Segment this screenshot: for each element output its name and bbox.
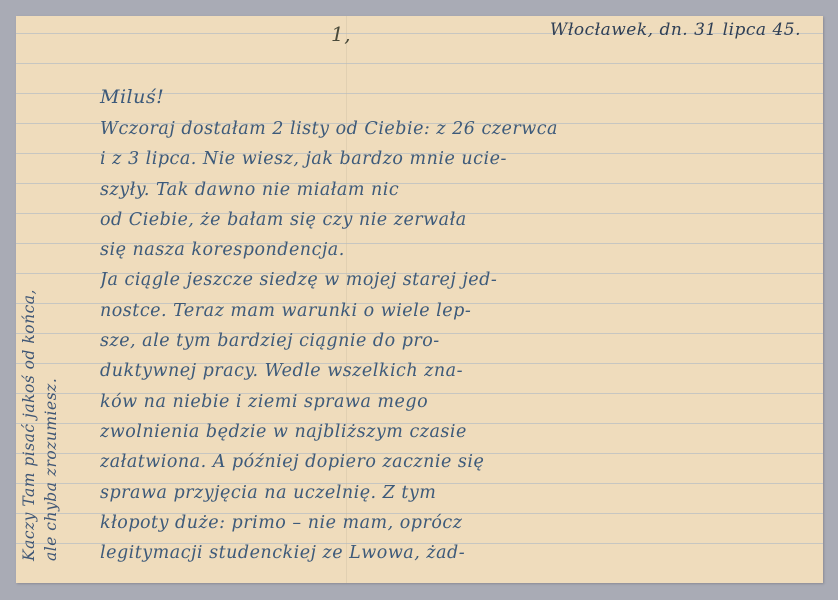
letter-line: sprawa przyjęcia na uczelnię. Z tym bbox=[100, 478, 815, 508]
letter-date-header: Włocławek, dn. 31 lipca 45. bbox=[550, 20, 801, 40]
letter-paper: 1, Włocławek, dn. 31 lipca 45. Miluś! Wc… bbox=[16, 16, 823, 583]
margin-note-line: Kaczy Tam pisać jakoś od końca, bbox=[18, 61, 40, 561]
letter-line: się nasza korespondencja. bbox=[100, 235, 815, 265]
letter-line: szyły. Tak dawno nie miałam nic bbox=[100, 175, 815, 205]
letter-line: kłopoty duże: primo – nie mam, oprócz bbox=[100, 508, 815, 538]
margin-note-vertical: Kaczy Tam pisać jakoś od końca, ale chyb… bbox=[18, 61, 62, 561]
letter-body: Wczoraj dostałam 2 listy od Ciebie: z 26… bbox=[100, 114, 815, 568]
letter-line: duktywnej pracy. Wedle wszelkich zna- bbox=[100, 356, 815, 386]
letter-line: załatwiona. A później dopiero zacznie si… bbox=[100, 447, 815, 477]
margin-note-line: ale chyba zrozumiesz. bbox=[40, 61, 62, 561]
letter-line: od Ciebie, że bałam się czy nie zerwała bbox=[100, 205, 815, 235]
letter-line: Wczoraj dostałam 2 listy od Ciebie: z 26… bbox=[100, 114, 815, 144]
letter-line: ków na niebie i ziemi sprawa mego bbox=[100, 387, 815, 417]
letter-line: legitymacji studenckiej ze Lwowa, żad- bbox=[100, 538, 815, 568]
letter-line: zwolnienia będzie w najbliższym czasie bbox=[100, 417, 815, 447]
letter-line: Ja ciągle jeszcze siedzę w mojej starej … bbox=[100, 265, 815, 295]
letter-salutation: Miluś! bbox=[100, 86, 164, 108]
letter-line: i z 3 lipca. Nie wiesz, jak bardzo mnie … bbox=[100, 144, 815, 174]
letter-line: nostce. Teraz mam warunki o wiele lep- bbox=[100, 296, 815, 326]
letter-line: sze, ale tym bardziej ciągnie do pro- bbox=[100, 326, 815, 356]
page-number-mark: 1, bbox=[331, 22, 351, 46]
